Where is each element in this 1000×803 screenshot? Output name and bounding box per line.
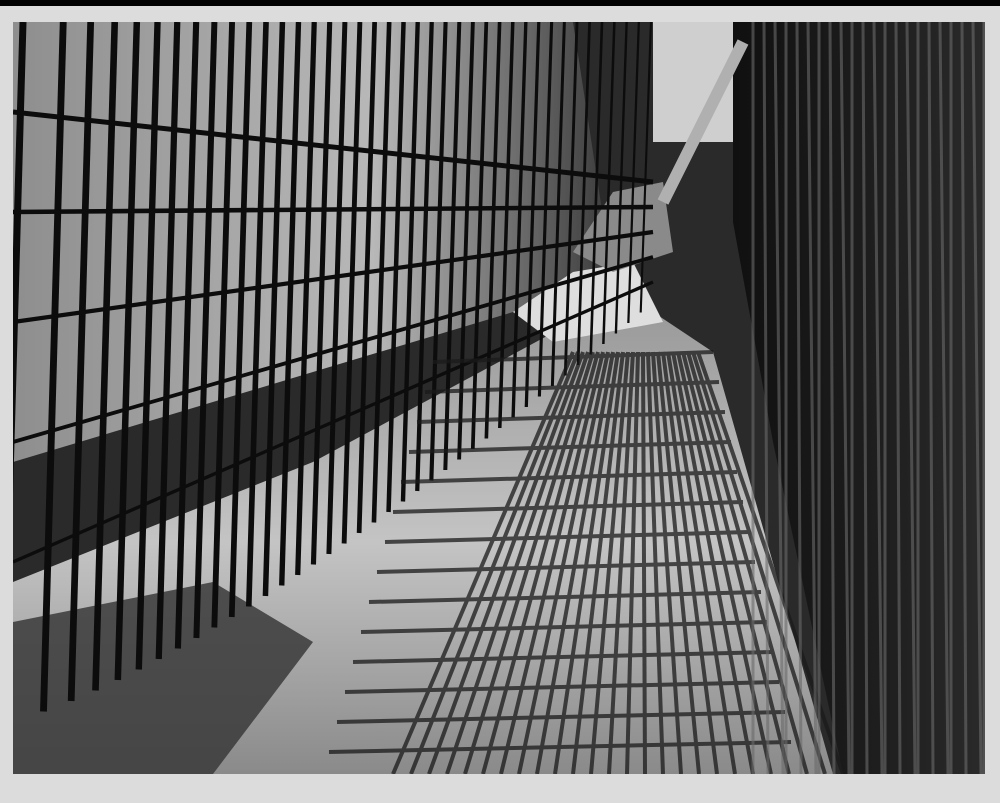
- rebar-trench-photo: [13, 22, 985, 774]
- photo-scene: [13, 22, 985, 774]
- photo-print-border: [0, 6, 1000, 803]
